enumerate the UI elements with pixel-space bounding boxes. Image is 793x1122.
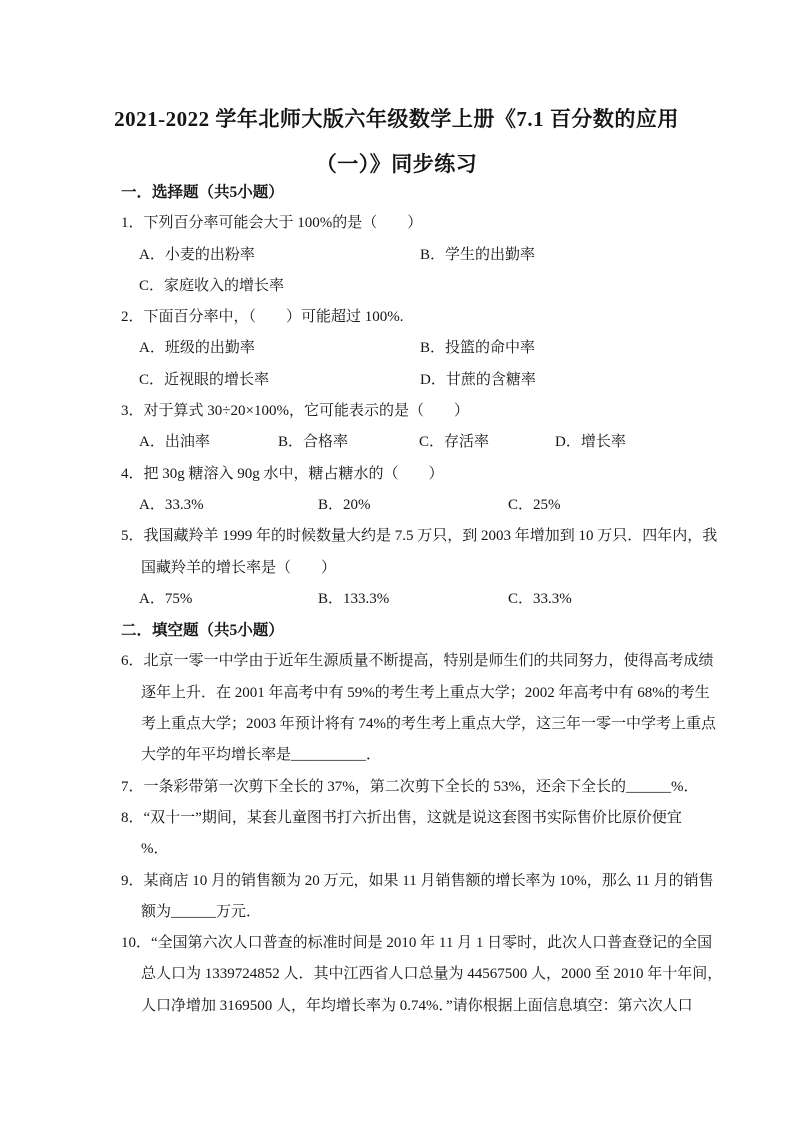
question-10-line-1: 10．“全国第六次人口普查的标准时间是 2010 年 11 月 1 日零时，此次…: [0, 928, 793, 959]
question-10-line-2: 总人口为 1339724852 人．其中江西省人口总量为 44567500 人，…: [0, 959, 793, 990]
question-5-option-a: A．75%: [139, 584, 192, 615]
question-1-options-row-2: C．家庭收入的增长率: [0, 271, 793, 302]
question-3-option-c: C．存活率: [419, 427, 489, 458]
question-4-option-a: A．33.3%: [139, 490, 204, 521]
question-6-line-2: 逐年上升．在 2001 年高考中有 59%的考生考上重点大学；2002 年高考中…: [0, 678, 793, 709]
question-7-line-1: 7．一条彩带第一次剪下全长的 37%，第二次剪下全长的 53%，还余下全长的__…: [0, 772, 793, 803]
question-1-options-row-1: A．小麦的出粉率 B．学生的出勤率: [0, 240, 793, 271]
question-2-options-row-1: A．班级的出勤率 B．投篮的命中率: [0, 333, 793, 364]
question-4-option-b: B．20%: [318, 490, 371, 521]
question-9-line-1: 9．某商店 10 月的销售额为 20 万元，如果 11 月销售额的增长率为 10…: [0, 866, 793, 897]
question-6-line-4: 大学的年平均增长率是__________．: [0, 740, 793, 771]
question-3-stem: 3．对于算式 30÷20×100%，它可能表示的是（ ）: [0, 396, 793, 427]
question-1-option-c: C．家庭收入的增长率: [139, 271, 284, 302]
question-6-line-1: 6．北京一零一中学由于近年生源质量不断提高，特别是师生们的共同努力，使得高考成绩: [0, 646, 793, 677]
question-3-option-a: A．出油率: [139, 427, 210, 458]
question-1-stem: 1．下列百分率可能会大于 100%的是（ ）: [0, 208, 793, 239]
question-9-line-2: 额为______万元．: [0, 897, 793, 928]
question-5-option-b: B．133.3%: [318, 584, 389, 615]
question-2-options-row-2: C．近视眼的增长率 D．甘蔗的含糖率: [0, 365, 793, 396]
question-4-stem: 4．把 30g 糖溶入 90g 水中，糖占糖水的（ ）: [0, 459, 793, 490]
question-8-line-2: %．: [0, 834, 793, 865]
question-6-line-3: 考上重点大学；2003 年预计将有 74%的考生考上重点大学，这三年一零一中学考…: [0, 709, 793, 740]
question-5-stem-line-2: 国藏羚羊的增长率是（ ）: [0, 553, 793, 584]
document-title: 2021-2022 学年北师大版六年级数学上册《7.1 百分数的应用 （一）》同…: [0, 97, 793, 187]
question-1-option-a: A．小麦的出粉率: [139, 240, 255, 271]
document-title-line-1: 2021-2022 学年北师大版六年级数学上册《7.1 百分数的应用: [0, 97, 793, 142]
question-2-option-c: C．近视眼的增长率: [139, 365, 269, 396]
question-8-line-1: 8．“双十一”期间，某套儿童图书打六折出售，这就是说这套图书实际售价比原价便宜: [0, 803, 793, 834]
question-2-option-b: B．投篮的命中率: [420, 333, 535, 364]
question-3-options-row: A．出油率 B．合格率 C．存活率 D．增长率: [0, 427, 793, 458]
section-2-heading: 二．填空题（共5小题）: [0, 615, 793, 646]
question-5-options-row: A．75% B．133.3% C．33.3%: [0, 584, 793, 615]
worksheet-body: 一．选择题（共5小题） 1．下列百分率可能会大于 100%的是（ ） A．小麦的…: [0, 177, 793, 1022]
question-3-option-b: B．合格率: [278, 427, 348, 458]
question-10-line-3: 人口净增加 3169500 人，年均增长率为 0.74%．”请你根据上面信息填空…: [0, 991, 793, 1022]
question-2-option-a: A．班级的出勤率: [139, 333, 255, 364]
question-4-option-c: C．25%: [508, 490, 561, 521]
section-1-heading: 一．选择题（共5小题）: [0, 177, 793, 208]
question-2-option-d: D．甘蔗的含糖率: [420, 365, 536, 396]
question-4-options-row: A．33.3% B．20% C．25%: [0, 490, 793, 521]
question-3-option-d: D．增长率: [555, 427, 626, 458]
worksheet-page: 2021-2022 学年北师大版六年级数学上册《7.1 百分数的应用 （一）》同…: [0, 0, 793, 1122]
question-5-stem-line-1: 5．我国藏羚羊 1999 年的时候数量大约是 7.5 万只，到 2003 年增加…: [0, 521, 793, 552]
question-1-option-b: B．学生的出勤率: [420, 240, 535, 271]
question-5-option-c: C．33.3%: [508, 584, 572, 615]
question-2-stem: 2．下面百分率中，（ ）可能超过 100%.: [0, 302, 793, 333]
